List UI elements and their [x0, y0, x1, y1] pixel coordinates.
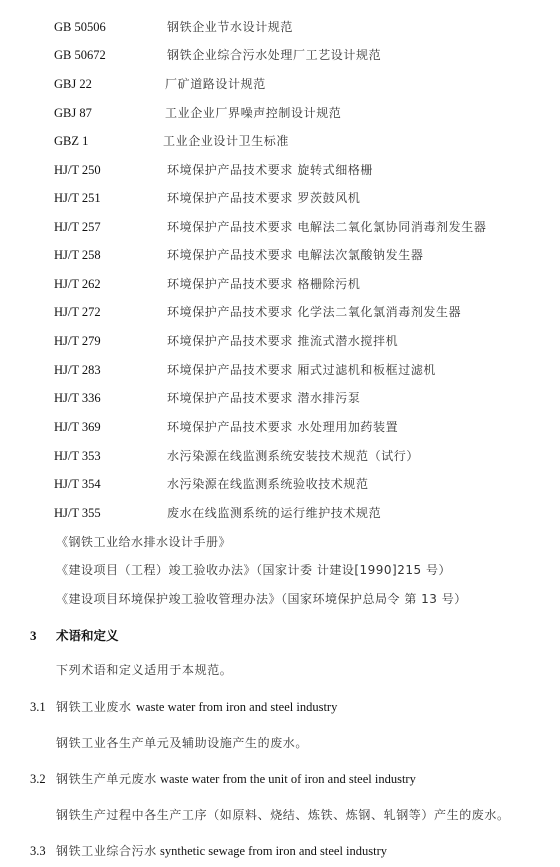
reference-code: GBJ 87 [54, 103, 92, 123]
reference-title: 工业企业设计卫生标准 [163, 131, 289, 151]
reference-title: 环境保护产品技术要求 推流式潜水搅拌机 [167, 331, 398, 351]
reference-code: HJ/T 279 [54, 331, 101, 351]
reference-title: 水污染源在线监测系统安装技术规范（试行） [167, 446, 419, 466]
term-chinese: 钢铁工业废水 [56, 697, 132, 717]
reference-title: 环境保护产品技术要求 电解法次氯酸钠发生器 [167, 245, 423, 265]
book-item: 《建设项目（工程）竣工验收办法》（国家计委 计建设[1990]215 号） [56, 560, 451, 580]
reference-title: 环境保护产品技术要求 电解法二氧化氯协同消毒剂发生器 [167, 217, 486, 237]
reference-code: HJ/T 354 [54, 474, 101, 494]
reference-code: HJ/T 353 [54, 446, 101, 466]
section-title: 术语和定义 [56, 625, 119, 647]
reference-title: 环境保护产品技术要求 化学法二氧化氯消毒剂发生器 [167, 302, 461, 322]
reference-title: 环境保护产品技术要求 旋转式细格栅 [167, 160, 373, 180]
reference-title: 工业企业厂界噪声控制设计规范 [165, 103, 341, 123]
reference-code: GBJ 22 [54, 74, 92, 94]
reference-code: HJ/T 272 [54, 302, 101, 322]
reference-code: GBZ 1 [54, 131, 88, 151]
term-number: 3.2 [30, 769, 46, 789]
term-english: synthetic sewage from iron and steel ind… [160, 841, 387, 861]
reference-code: GB 50672 [54, 45, 106, 65]
term-number: 3.1 [30, 697, 46, 717]
reference-title: 钢铁企业综合污水处理厂工艺设计规范 [167, 45, 381, 65]
reference-code: HJ/T 355 [54, 503, 101, 523]
reference-title: 钢铁企业节水设计规范 [167, 17, 293, 37]
reference-code: HJ/T 251 [54, 188, 101, 208]
term-chinese: 钢铁生产单元废水 [56, 769, 157, 789]
book-item: 《建设项目环境保护竣工验收管理办法》（国家环境保护总局令 第 13 号） [56, 589, 467, 609]
reference-title: 环境保护产品技术要求 厢式过滤机和板框过滤机 [167, 360, 436, 380]
term-english: waste water from iron and steel industry [136, 697, 337, 717]
reference-code: HJ/T 283 [54, 360, 101, 380]
reference-code: HJ/T 257 [54, 217, 101, 237]
reference-title: 水污染源在线监测系统验收技术规范 [167, 474, 369, 494]
reference-code: HJ/T 369 [54, 417, 101, 437]
reference-title: 环境保护产品技术要求 格栅除污机 [167, 274, 360, 294]
reference-code: HJ/T 250 [54, 160, 101, 180]
term-number: 3.3 [30, 841, 46, 861]
reference-title: 环境保护产品技术要求 潜水排污泵 [167, 388, 360, 408]
book-item: 《钢铁工业给水排水设计手册》 [56, 532, 231, 552]
section-intro: 下列术语和定义适用于本规范。 [56, 660, 232, 680]
term-english: waste water from the unit of iron and st… [160, 769, 416, 789]
term-definition: 钢铁生产过程中各生产工序（如原料、烧结、炼铁、炼钢、轧钢等）产生的废水。 [56, 805, 510, 825]
reference-title: 废水在线监测系统的运行维护技术规范 [167, 503, 381, 523]
reference-code: HJ/T 258 [54, 245, 101, 265]
reference-code: GB 50506 [54, 17, 106, 37]
reference-code: HJ/T 336 [54, 388, 101, 408]
term-chinese: 钢铁工业综合污水 [56, 841, 157, 861]
term-definition: 钢铁工业各生产单元及辅助设施产生的废水。 [56, 733, 308, 753]
reference-code: HJ/T 262 [54, 274, 101, 294]
reference-title: 环境保护产品技术要求 水处理用加药装置 [167, 417, 398, 437]
reference-title: 环境保护产品技术要求 罗茨鼓风机 [167, 188, 360, 208]
section-number: 3 [30, 625, 37, 647]
reference-title: 厂矿道路设计规范 [165, 74, 266, 94]
